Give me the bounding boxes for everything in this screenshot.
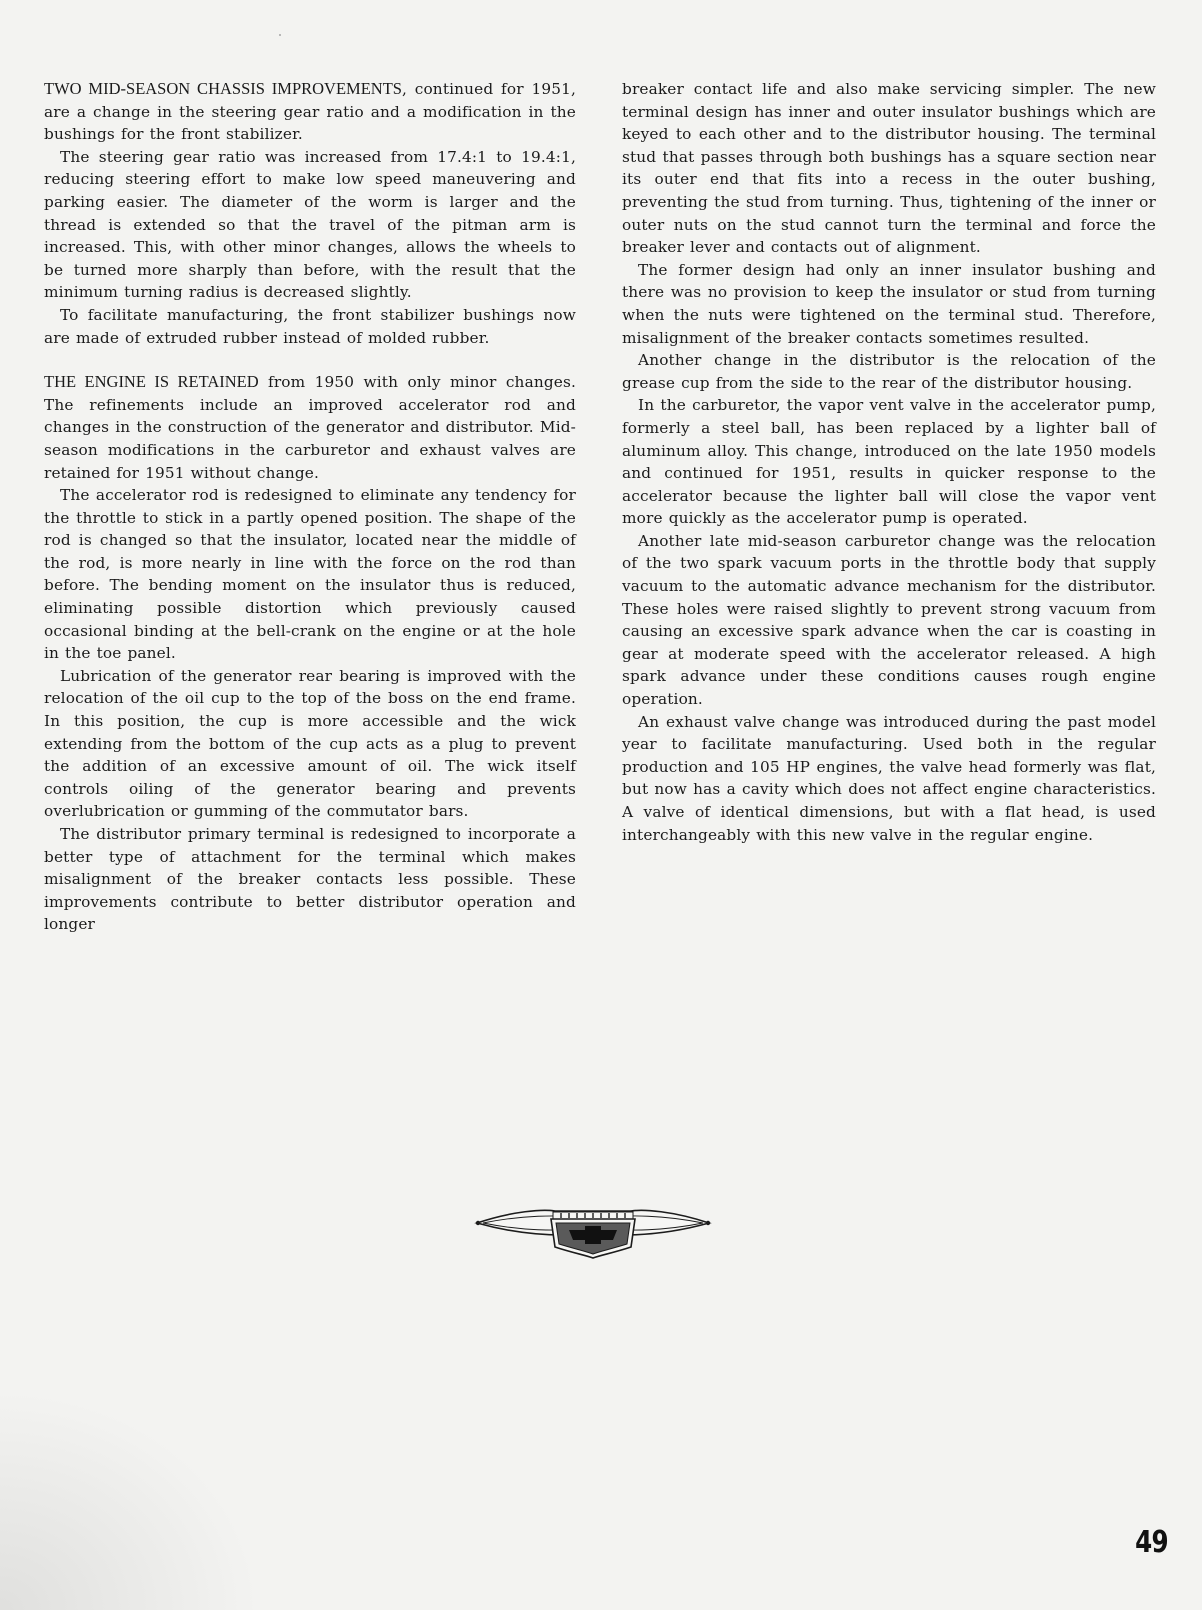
page-number: 49: [1135, 1525, 1168, 1560]
accelerator-rod-paragraph: The accelerator rod is redesigned to eli…: [44, 484, 576, 665]
vapor-vent-paragraph: In the carburetor, the vapor vent valve …: [622, 394, 1156, 530]
former-design-paragraph: The former design had only an inner insu…: [622, 259, 1156, 349]
right-column: breaker contact life and also make servi…: [622, 78, 1156, 936]
article-body: TWO MID-SEASON CHASSIS IMPROVEMENTS, con…: [44, 78, 1156, 936]
page-shadow: [0, 1390, 260, 1610]
chassis-intro-paragraph: TWO MID-SEASON CHASSIS IMPROVEMENTS, con…: [44, 78, 576, 146]
scan-speck: [279, 34, 281, 36]
engine-section-heading: THE ENGINE IS RETAINED: [44, 372, 259, 391]
generator-lubrication-paragraph: Lubrication of the generator rear bearin…: [44, 665, 576, 823]
chassis-section-heading: TWO MID-SEASON CHASSIS IMPROVEMENTS: [44, 79, 402, 98]
exhaust-valve-paragraph: An exhaust valve change was introduced d…: [622, 711, 1156, 847]
grease-cup-paragraph: Another change in the distributor is the…: [622, 349, 1156, 394]
steering-ratio-paragraph: The steering gear ratio was increased fr…: [44, 146, 576, 304]
engine-intro-paragraph: THE ENGINE IS RETAINED from 1950 with on…: [44, 371, 576, 484]
distributor-terminal-paragraph: The distributor primary terminal is rede…: [44, 823, 576, 936]
stabilizer-bushing-paragraph: To facilitate manufacturing, the front s…: [44, 304, 576, 349]
chevrolet-bowtie-emblem-icon: [473, 1203, 713, 1259]
terminal-design-paragraph: breaker contact life and also make servi…: [622, 78, 1156, 259]
left-column: TWO MID-SEASON CHASSIS IMPROVEMENTS, con…: [44, 78, 576, 936]
spark-vacuum-paragraph: Another late mid-season carburetor chang…: [622, 530, 1156, 711]
